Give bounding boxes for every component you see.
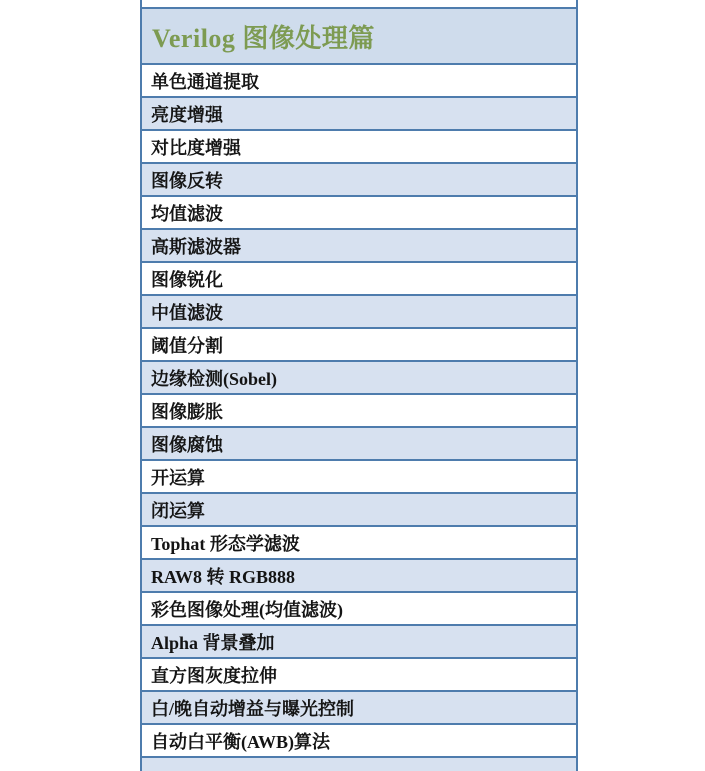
- table-title: Verilog 图像处理篇: [152, 18, 375, 55]
- topic-label: 图像锐化: [151, 266, 223, 292]
- cutoff-row-top: [142, 0, 576, 9]
- table-row[interactable]: 图像腐蚀: [142, 428, 576, 461]
- topic-label: 亮度增强: [151, 101, 223, 127]
- table-row[interactable]: 彩色图像处理(均值滤波): [142, 593, 576, 626]
- verilog-topic-table: Verilog 图像处理篇 单色通道提取 亮度增强 对比度增强 图像反转 均值滤…: [140, 0, 578, 771]
- topic-label: Alpha 背景叠加: [151, 629, 275, 655]
- table-row[interactable]: 图像锐化: [142, 263, 576, 296]
- topic-label: 图像膨胀: [151, 398, 223, 424]
- table-row[interactable]: 直方图灰度拉伸: [142, 659, 576, 692]
- cutoff-row-bottom: [142, 758, 576, 771]
- topic-label: 阈值分割: [151, 332, 223, 358]
- topic-label: 高斯滤波器: [151, 233, 241, 259]
- table-row[interactable]: RAW8 转 RGB888: [142, 560, 576, 593]
- topic-rows: 单色通道提取 亮度增强 对比度增强 图像反转 均值滤波 高斯滤波器 图像锐化 中…: [142, 65, 576, 758]
- topic-label: Tophat 形态学滤波: [151, 530, 300, 556]
- table-row[interactable]: 白/晚自动增益与曝光控制: [142, 692, 576, 725]
- table-row[interactable]: 单色通道提取: [142, 65, 576, 98]
- topic-label: 单色通道提取: [151, 68, 259, 94]
- table-row[interactable]: 亮度增强: [142, 98, 576, 131]
- table-row[interactable]: Tophat 形态学滤波: [142, 527, 576, 560]
- topic-label: 直方图灰度拉伸: [151, 662, 277, 688]
- table-row[interactable]: 阈值分割: [142, 329, 576, 362]
- topic-label: 均值滤波: [151, 200, 223, 226]
- topic-label: 自动白平衡(AWB)算法: [151, 728, 330, 754]
- topic-label: 彩色图像处理(均值滤波): [151, 596, 343, 622]
- table-row[interactable]: 图像反转: [142, 164, 576, 197]
- topic-label: 对比度增强: [151, 134, 241, 160]
- topic-label: 图像反转: [151, 167, 223, 193]
- table-row[interactable]: 图像膨胀: [142, 395, 576, 428]
- topic-label: 闭运算: [151, 497, 205, 523]
- table-row[interactable]: Alpha 背景叠加: [142, 626, 576, 659]
- topic-label: 开运算: [151, 464, 205, 490]
- table-row[interactable]: 闭运算: [142, 494, 576, 527]
- topic-label: RAW8 转 RGB888: [151, 563, 295, 589]
- table-row[interactable]: 高斯滤波器: [142, 230, 576, 263]
- table-row[interactable]: 对比度增强: [142, 131, 576, 164]
- topic-label: 中值滤波: [151, 299, 223, 325]
- table-row[interactable]: 均值滤波: [142, 197, 576, 230]
- table-row[interactable]: 开运算: [142, 461, 576, 494]
- topic-label: 白/晚自动增益与曝光控制: [151, 695, 354, 721]
- table-row[interactable]: 中值滤波: [142, 296, 576, 329]
- table-row[interactable]: 边缘检测(Sobel): [142, 362, 576, 395]
- table-header: Verilog 图像处理篇: [142, 9, 576, 65]
- table-row[interactable]: 自动白平衡(AWB)算法: [142, 725, 576, 758]
- topic-label: 边缘检测(Sobel): [151, 365, 277, 391]
- topic-label: 图像腐蚀: [151, 431, 223, 457]
